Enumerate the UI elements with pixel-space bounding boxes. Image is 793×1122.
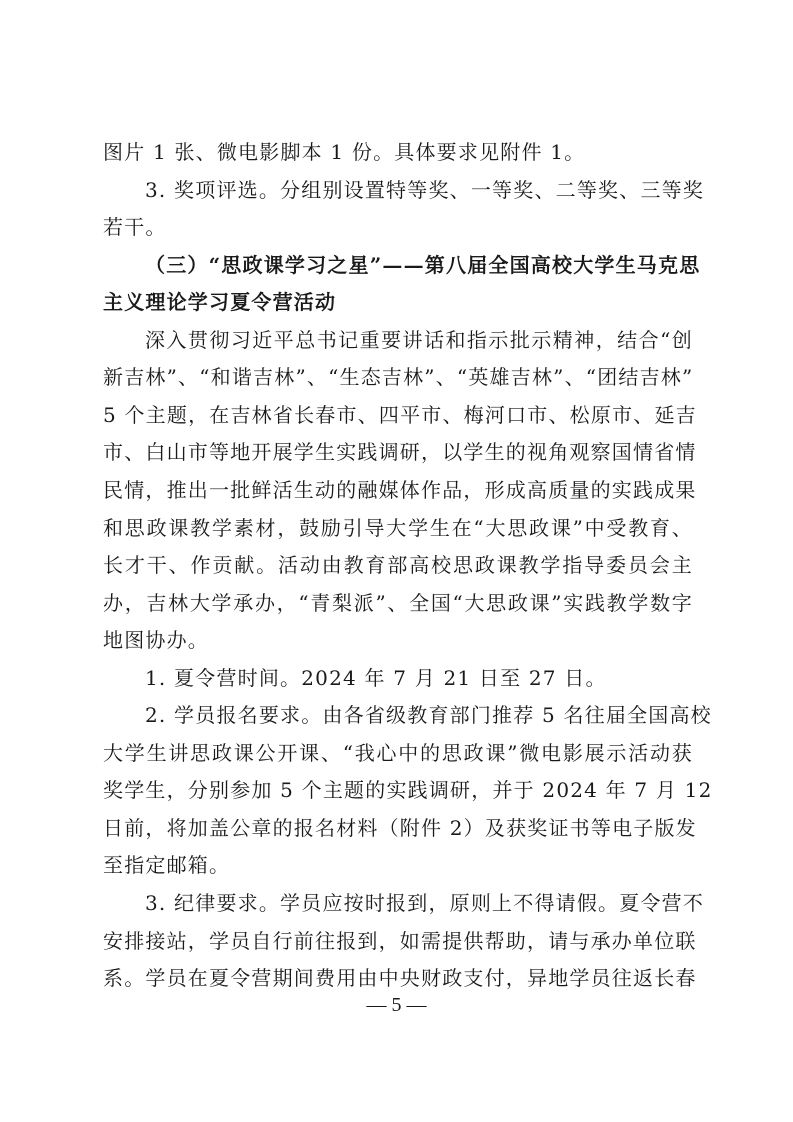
text-line: 地图协办。 [103,626,693,654]
text-line: 和思政课教学素材，鼓励引导大学生在“大思政课”中受教育、 [103,514,693,542]
section-heading-line: 主义理论学习夏令营活动 [103,288,693,316]
text-line: 安排接站，学员自行前往报到，如需提供帮助，请与承办单位联 [103,927,693,955]
text-line: 民情，推出一批鲜活生动的融媒体作品，形成高质量的实践成果 [103,476,693,504]
text-line: 奖学生，分别参加 5 个主题的实践调研，并于 2024 年 7 月 12 [103,776,693,804]
text-line: 日前，将加盖公章的报名材料（附件 2）及获奖证书等电子版发 [103,814,693,842]
text-line: 图片 1 张、微电影脚本 1 份。具体要求见附件 1。 [103,138,693,166]
text-line: 3. 奖项评选。分组别设置特等奖、一等奖、二等奖、三等奖 [145,176,693,204]
text-line: 大学生讲思政课公开课、“我心中的思政课”微电影展示活动获 [103,739,693,767]
text-line: 若干。 [103,213,693,241]
text-line: 办，吉林大学承办，“青梨派”、全国“大思政课”实践教学数字 [103,589,693,617]
text-line: 深入贯彻习近平总书记重要讲话和指示批示精神，结合“创 [145,326,693,354]
text-line: 系。学员在夏令营期间费用由中央财政支付，异地学员往返长春 [103,964,693,992]
text-line: 新吉林”、“和谐吉林”、“生态吉林”、“英雄吉林”、“团结吉林” [103,363,693,391]
text-line: 至指定邮箱。 [103,851,693,879]
section-heading-line: （三）“思政课学习之星”——第八届全国高校大学生马克思 [145,251,693,279]
text-line: 2. 学员报名要求。由各省级教育部门推荐 5 名往届全国高校 [145,701,693,729]
text-line: 3. 纪律要求。学员应按时报到，原则上不得请假。夏令营不 [145,889,693,917]
text-line: 1. 夏令营时间。2024 年 7 月 21 日至 27 日。 [145,664,693,692]
text-line: 5 个主题，在吉林省长春市、四平市、梅河口市、松原市、延吉 [103,401,693,429]
text-line: 市、白山市等地开展学生实践调研，以学生的视角观察国情省情 [103,438,693,466]
text-line: 长才干、作贡献。活动由教育部高校思政课教学指导委员会主 [103,551,693,579]
document-page: 图片 1 张、微电影脚本 1 份。具体要求见附件 1。3. 奖项评选。分组别设置… [0,0,793,1122]
page-number: — 5 — [0,994,793,1017]
